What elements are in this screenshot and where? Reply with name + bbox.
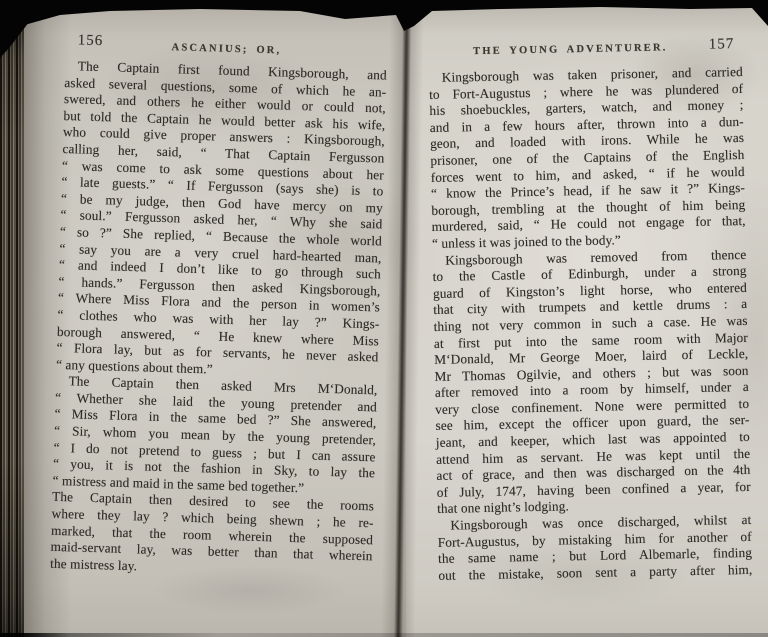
- running-header-right: THE YOUNG ADVENTURER.: [428, 42, 712, 58]
- paragraph: The Captain first found Kingsborough, an…: [56, 58, 387, 383]
- right-page-header: THE YOUNG ADVENTURER. 157: [428, 28, 742, 60]
- right-page-text: Kingsborough was taken prisoner, and car…: [429, 64, 753, 584]
- paragraph: The Captain then asked Mrs M‘Donald,“ Wh…: [52, 373, 377, 499]
- paragraph: Kingsborough was taken prisoner, and car…: [429, 64, 746, 253]
- running-header-left: ASCANIUS; OR,: [65, 39, 387, 60]
- right-page-content: THE YOUNG ADVENTURER. 157 Kingsborough w…: [428, 28, 753, 584]
- left-page-text: The Captain first found Kingsborough, an…: [50, 58, 387, 582]
- paragraph: Kingsborough was once discharged, whilst…: [437, 512, 752, 584]
- left-page-content: 156 ASCANIUS; OR, The Captain first foun…: [50, 30, 388, 582]
- page-number-right: 157: [709, 36, 735, 53]
- paragraph: Kingsborough was removed from thenceto t…: [432, 246, 751, 517]
- scan-border-bottom: [0, 633, 768, 637]
- paragraph: The Captain then desired to see the room…: [50, 489, 374, 581]
- page-edges-texture: [0, 0, 24, 637]
- book-scan: 156 ASCANIUS; OR, The Captain first foun…: [0, 0, 768, 637]
